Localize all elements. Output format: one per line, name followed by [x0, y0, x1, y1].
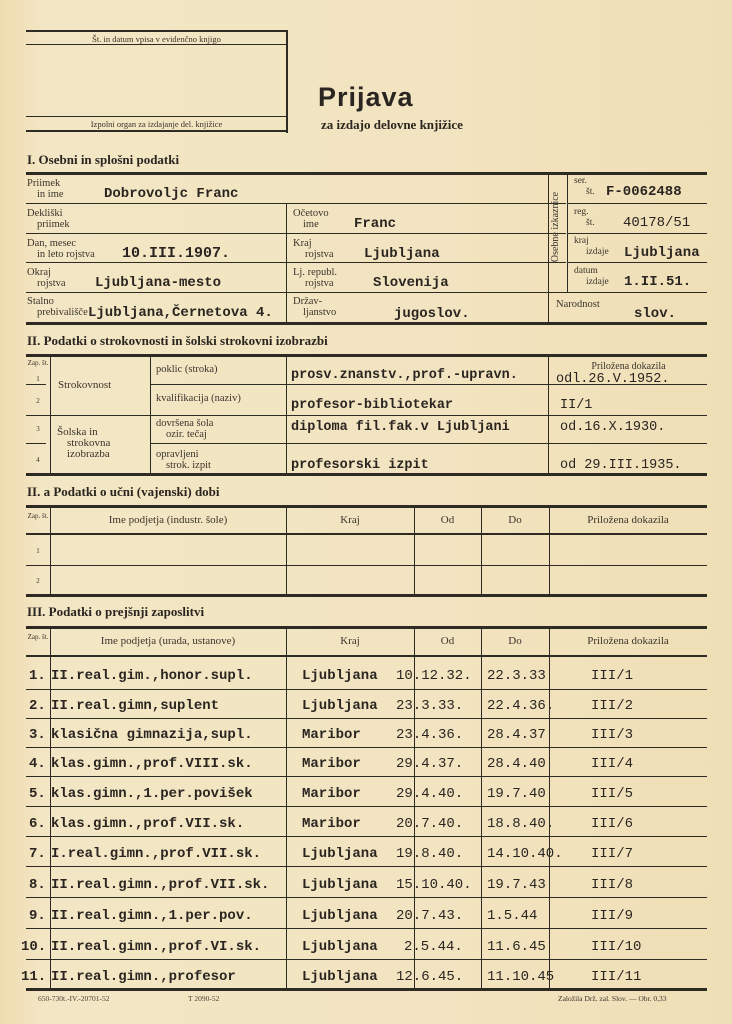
qual-row-no: 2: [27, 397, 49, 405]
col-zap: Zap. št.: [27, 633, 49, 641]
id-ser-label: ser. št.: [574, 176, 595, 198]
col-evidence: Priložena dokazila: [549, 514, 707, 526]
id-place-value[interactable]: Ljubljana: [624, 245, 700, 261]
id-date-value[interactable]: 1.II.51.: [624, 274, 691, 290]
father-name-value[interactable]: Franc: [354, 216, 396, 232]
zap-st-header: Zap. št.: [27, 359, 49, 367]
id-card-vertical-label: Osebne izkaznice: [550, 172, 561, 282]
surname-value[interactable]: Dobrovoljc Franc: [104, 186, 238, 202]
dob-label: Dan, mesec in leto rojstva: [27, 238, 95, 260]
id-ser-value[interactable]: F-0062488: [606, 184, 682, 200]
publisher: Založila Drž. zal. Slov. — Obr. 0,33: [558, 994, 666, 1003]
district-label: Okraj rojstva: [27, 267, 66, 289]
qual-value[interactable]: profesorski izpit: [291, 458, 429, 473]
qual-value[interactable]: prosv.znanstv.,prof.-upravn.: [291, 368, 518, 383]
section-2a-title: II. a Podatki o učni (vajenski) dobi: [27, 484, 220, 500]
qual-field-label: dovršena šola ozir. tečaj: [156, 418, 213, 440]
qual-evidence[interactable]: od 29.III.1935.: [560, 458, 682, 473]
qual-field-label: opravljeni strok. izpit: [156, 449, 211, 471]
group-education-label: Šolska in strokovna izobrazba: [57, 427, 110, 460]
birthplace-label: Kraj rojstva: [293, 238, 334, 260]
group-professional-label: Strokovnost: [58, 380, 111, 391]
col-to: Do: [481, 635, 549, 647]
col-evidence: Priložena dokazila: [549, 635, 707, 647]
section-2-title: II. Podatki o strokovnosti in šolski str…: [27, 333, 328, 349]
issuer-label: Izpolni organ za izdajanje del. knjižice: [26, 119, 287, 130]
apprentice-row-no: 2: [27, 577, 49, 585]
col-company: Ime podjetja (industr. šole): [50, 514, 286, 526]
col-company: Ime podjetja (urada, ustanove): [50, 635, 286, 647]
col-place: Kraj: [286, 514, 414, 526]
qual-row-no: 3: [27, 425, 49, 433]
section-1-title: I. Osebni in splošni podatki: [27, 152, 179, 168]
col-place: Kraj: [286, 635, 414, 647]
qual-value[interactable]: profesor-bibliotekar: [291, 398, 453, 413]
col-to: Do: [481, 514, 549, 526]
qual-field-label: kvalifikacija (naziv): [156, 393, 241, 404]
residence-label: Stalno prebivališče: [27, 296, 88, 318]
maiden-name-label: Dekliški priimek: [27, 208, 70, 230]
id-reg-value[interactable]: 40178/51: [623, 215, 690, 231]
qual-evidence[interactable]: odl.26.V.1952.: [556, 372, 669, 387]
col-from: Od: [414, 635, 481, 647]
father-name-label: Očetovo ime: [293, 208, 329, 230]
birthplace-value[interactable]: Ljubljana: [364, 246, 440, 262]
republic-value[interactable]: Slovenija: [373, 275, 449, 291]
section-3-title: III. Podatki o prejšnji zaposlitvi: [27, 604, 204, 620]
surname-label: Priimek in ime: [27, 178, 64, 200]
qual-value[interactable]: diploma fil.fak.v Ljubljani: [291, 420, 510, 435]
qual-evidence[interactable]: II/1: [560, 398, 592, 413]
qual-field-label: poklic (stroka): [156, 364, 218, 375]
col-zap: Zap. št.: [27, 512, 49, 520]
nationality-value[interactable]: slov.: [634, 306, 676, 322]
id-date-label: datum izdaje: [574, 266, 609, 288]
nationality-label: Narodnost: [556, 299, 600, 310]
qual-evidence[interactable]: od.16.X.1930.: [560, 420, 665, 435]
id-place-label: kraj izdaje: [574, 236, 609, 258]
col-from: Od: [414, 514, 481, 526]
residence-value[interactable]: Ljubljana,Černetova 4.: [88, 305, 273, 321]
citizenship-value[interactable]: jugoslov.: [394, 306, 470, 322]
qual-row-no: 1: [27, 375, 49, 383]
id-reg-label: reg. št.: [574, 207, 595, 229]
citizenship-label: Držav- ljanstvo: [293, 296, 336, 318]
print-code: 650-730t.-IV.-20701-52: [38, 994, 110, 1003]
qual-row-no: 4: [27, 456, 49, 464]
apprentice-row-no: 1: [27, 547, 49, 555]
republic-label: Lj. republ. rojstva: [293, 267, 337, 289]
dob-value[interactable]: 10.III.1907.: [122, 245, 230, 262]
evidence-header: Priložena dokazila: [550, 361, 707, 372]
form-title: Prijava: [318, 82, 414, 113]
form-subtitle: za izdajo delovne knjižice: [321, 117, 463, 133]
form-code: T 2090-52: [188, 994, 219, 1003]
district-value[interactable]: Ljubljana-mesto: [95, 275, 221, 291]
